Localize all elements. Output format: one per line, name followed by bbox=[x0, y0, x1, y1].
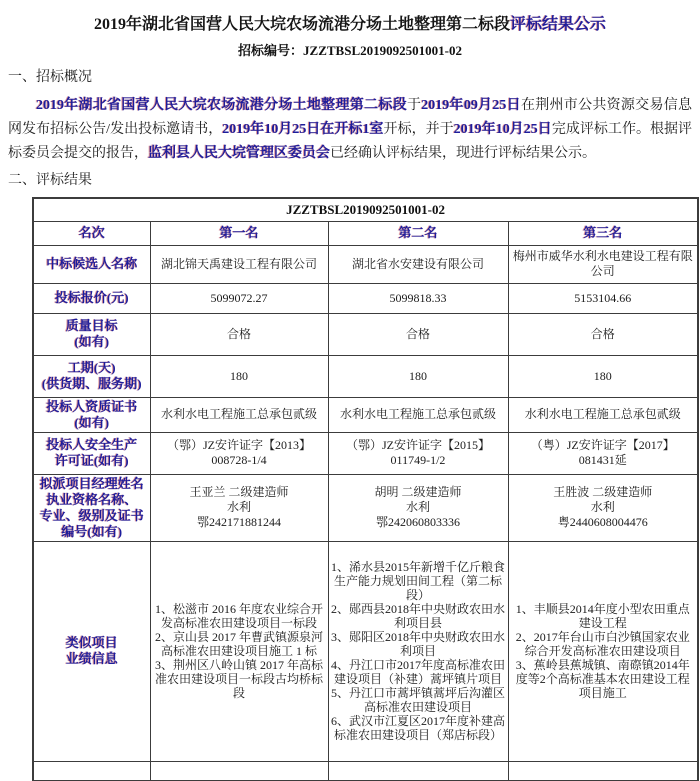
intro-announce-date: 2019年09月25日 bbox=[421, 98, 521, 113]
intro-text: 已经确认评标结果，现进行评标结果公示。 bbox=[330, 146, 596, 161]
table-row-safety-license: 投标人安全生产 许可证(如有) （鄂）JZ安许证字【2013】 008728-1… bbox=[33, 432, 698, 474]
cell-qualification-3: 水利水电工程施工总承包贰级 bbox=[508, 397, 698, 432]
cell-license-3: （粤）JZ安许证字【2017】 081431延 bbox=[508, 432, 698, 474]
cell-duration-2: 180 bbox=[328, 355, 508, 397]
row-label-qualification: 投标人资质证书 (如有) bbox=[33, 397, 150, 432]
cell-price-1: 5099072.27 bbox=[150, 283, 328, 313]
row-label-project-manager: 拟派项目经理姓名 执业资格名称、 专业、级别及证书 编号(如有) bbox=[33, 474, 150, 541]
rank-header-third: 第三名 bbox=[508, 221, 698, 245]
cell-projects-3: 1、丰顺县2014年度小型农田重点建设工程 2、2017年台山市白沙镇国家农业综… bbox=[508, 541, 698, 761]
cell-license-2: （鄂）JZ安许证字【2015】 011749-1/2 bbox=[328, 432, 508, 474]
table-row-partial bbox=[33, 761, 698, 781]
evaluation-result-table: JZZTBSL2019092501001-02 名次 第一名 第二名 第三名 中… bbox=[32, 197, 699, 781]
bid-number-line: 招标编号：JZZTBSL2019092501001-02 bbox=[8, 42, 692, 59]
row-label-similar-projects: 类似项目 业绩信息 bbox=[33, 541, 150, 761]
table-code-header: JZZTBSL2019092501001-02 bbox=[33, 198, 698, 221]
table-row-code: JZZTBSL2019092501001-02 bbox=[33, 198, 698, 221]
row-label-quality-target: 质量目标 (如有) bbox=[33, 313, 150, 355]
cell-manager-2: 胡明 二级建造师 水利 鄂242060803336 bbox=[328, 474, 508, 541]
intro-text: 开标，并于 bbox=[384, 122, 454, 137]
row-label-candidate-name: 中标候选人名称 bbox=[33, 245, 150, 283]
cell-quality-2: 合格 bbox=[328, 313, 508, 355]
cell-license-1: （鄂）JZ安许证字【2013】 008728-1/4 bbox=[150, 432, 328, 474]
table-row-similar-projects: 类似项目 业绩信息 1、松滋市 2016 年度农业综合开发高标准农田建设项目一标… bbox=[33, 541, 698, 761]
table-row-qualification: 投标人资质证书 (如有) 水利水电工程施工总承包贰级 水利水电工程施工总承包贰级… bbox=[33, 397, 698, 432]
table-row-rank: 名次 第一名 第二名 第三名 bbox=[33, 221, 698, 245]
partial-cell bbox=[150, 761, 328, 781]
cell-candidate-1: 湖北锦天禹建设工程有限公司 bbox=[150, 245, 328, 283]
partial-cell bbox=[328, 761, 508, 781]
cell-projects-1: 1、松滋市 2016 年度农业综合开发高标准农田建设项目一标段 2、京山县 20… bbox=[150, 541, 328, 761]
table-row-quality-target: 质量目标 (如有) 合格 合格 合格 bbox=[33, 313, 698, 355]
announcement-document: 2019年湖北省国营人民大垸农场流港分场土地整理第二标段评标结果公示 招标编号：… bbox=[0, 0, 700, 781]
cell-quality-1: 合格 bbox=[150, 313, 328, 355]
page-title-main: 2019年湖北省国营人民大垸农场流港分场土地整理第二标段 bbox=[94, 16, 510, 33]
intro-finish-date: 2019年10月25日 bbox=[454, 122, 552, 137]
intro-text: 于 bbox=[407, 98, 421, 113]
row-label-rank: 名次 bbox=[33, 221, 150, 245]
intro-open-date-room: 2019年10月25日在开标1室 bbox=[222, 122, 383, 137]
row-label-duration: 工期(天) (供货期、服务期) bbox=[33, 355, 150, 397]
overview-paragraph: 2019年湖北省国营人民大垸农场流港分场土地整理第二标段于2019年09月25日… bbox=[8, 94, 692, 166]
intro-authority-name: 监利县人民大垸管理区委员会 bbox=[148, 146, 330, 161]
table-row-duration: 工期(天) (供货期、服务期) 180 180 180 bbox=[33, 355, 698, 397]
cell-price-3: 5153104.66 bbox=[508, 283, 698, 313]
rank-header-first: 第一名 bbox=[150, 221, 328, 245]
partial-cell bbox=[508, 761, 698, 781]
section-heading-result: 二、评标结果 bbox=[8, 172, 692, 189]
table-row-candidate-name: 中标候选人名称 湖北锦天禹建设工程有限公司 湖北省水安建设有限公司 梅州市威华水… bbox=[33, 245, 698, 283]
partial-cell bbox=[33, 761, 150, 781]
cell-candidate-2: 湖北省水安建设有限公司 bbox=[328, 245, 508, 283]
cell-price-2: 5099818.33 bbox=[328, 283, 508, 313]
intro-project-name: 2019年湖北省国营人民大垸农场流港分场土地整理第二标段 bbox=[36, 98, 407, 113]
table-row-project-manager: 拟派项目经理姓名 执业资格名称、 专业、级别及证书 编号(如有) 王亚兰 二级建… bbox=[33, 474, 698, 541]
rank-header-second: 第二名 bbox=[328, 221, 508, 245]
page-title-highlight: 评标结果公示 bbox=[510, 16, 606, 33]
cell-qualification-1: 水利水电工程施工总承包贰级 bbox=[150, 397, 328, 432]
table-row-bid-price: 投标报价(元) 5099072.27 5099818.33 5153104.66 bbox=[33, 283, 698, 313]
cell-qualification-2: 水利水电工程施工总承包贰级 bbox=[328, 397, 508, 432]
section-heading-overview: 一、招标概况 bbox=[8, 69, 692, 86]
cell-projects-2: 1、浠水县2015年新增千亿斤粮食生产能力规划田间工程（第二标段） 2、郧西县2… bbox=[328, 541, 508, 761]
row-label-bid-price: 投标报价(元) bbox=[33, 283, 150, 313]
cell-duration-3: 180 bbox=[508, 355, 698, 397]
cell-candidate-3: 梅州市威华水利水电建设工程有限公司 bbox=[508, 245, 698, 283]
page-title: 2019年湖北省国营人民大垸农场流港分场土地整理第二标段评标结果公示 bbox=[8, 8, 692, 36]
cell-duration-1: 180 bbox=[150, 355, 328, 397]
cell-quality-3: 合格 bbox=[508, 313, 698, 355]
row-label-safety-license: 投标人安全生产 许可证(如有) bbox=[33, 432, 150, 474]
cell-manager-1: 王亚兰 二级建造师 水利 鄂242171881244 bbox=[150, 474, 328, 541]
cell-manager-3: 王胜波 二级建造师 水利 粤2440608004476 bbox=[508, 474, 698, 541]
